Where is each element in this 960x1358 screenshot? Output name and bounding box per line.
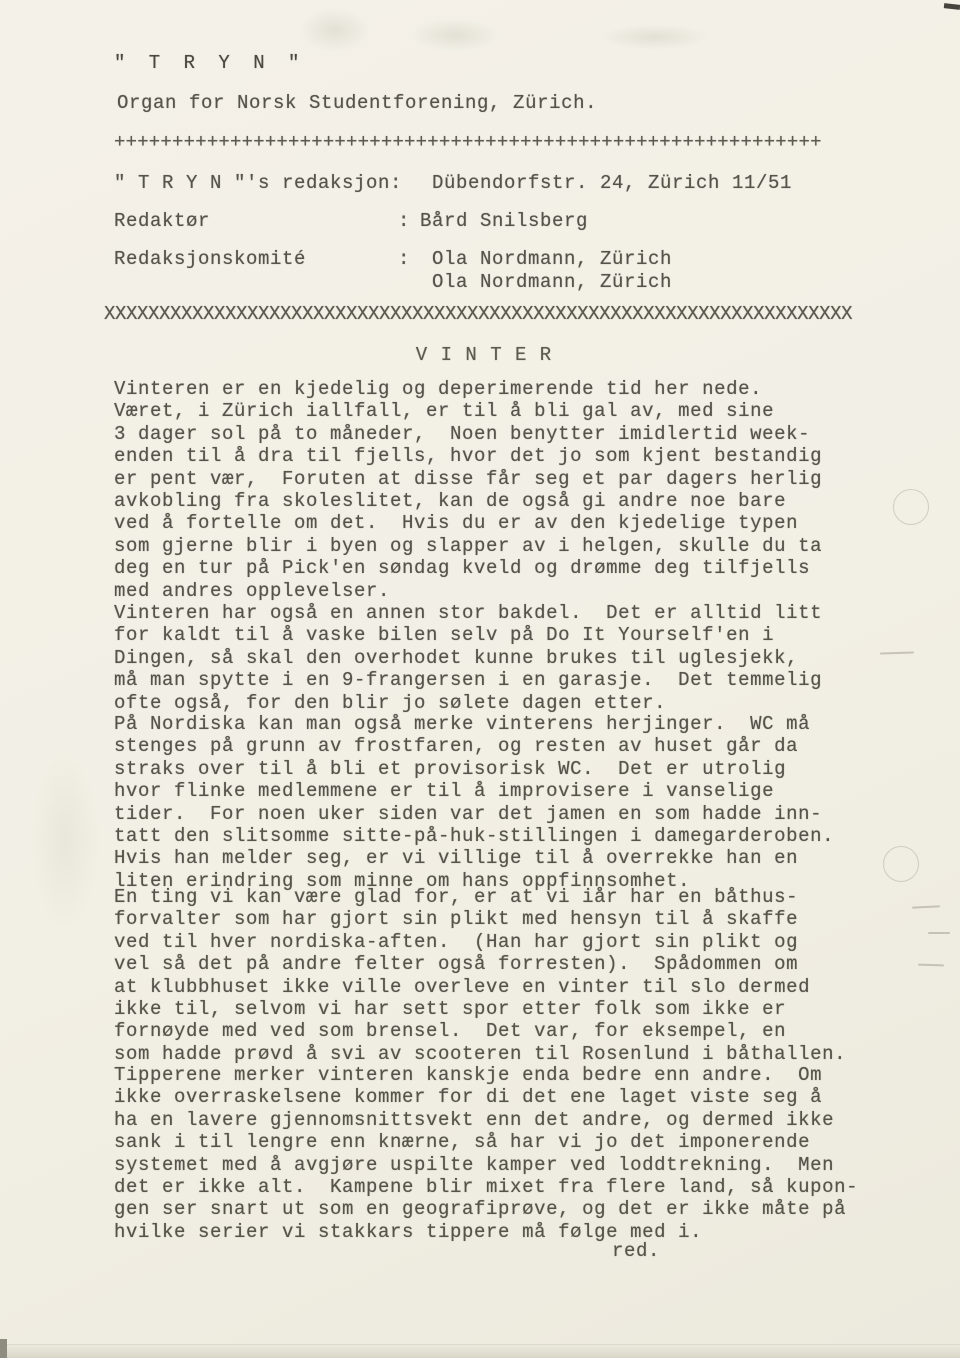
redaktor-label: Redaktør	[114, 210, 210, 232]
redaksjon-label: " T R Y N "'s redaksjon:	[114, 172, 402, 194]
newsletter-subtitle: Organ for Norsk Studentforening, Zürich.	[117, 92, 597, 114]
margin-pencil-dash	[912, 905, 940, 908]
pencil-smudge	[410, 18, 500, 52]
scan-corner-mark	[944, 3, 960, 10]
komite-member-2: Ola Nordmann, Zürich	[432, 271, 672, 293]
punch-hole-mark-top	[893, 489, 929, 525]
scanned-newsletter-page: " T R Y N " Organ for Norsk Studentforen…	[0, 0, 960, 1358]
article-paragraph-3: På Nordiska kan man også merke vinterens…	[114, 713, 860, 892]
redaksjon-row: " T R Y N "'s redaksjon: Dübendorfstr. 2…	[0, 172, 960, 196]
pencil-smudge	[300, 8, 370, 52]
margin-pencil-dash	[918, 964, 944, 967]
punch-hole-mark-bottom	[883, 846, 919, 882]
scan-bottom-left-mark	[0, 1339, 7, 1358]
komite-member-1: Ola Nordmann, Zürich	[432, 248, 672, 270]
article-paragraph-2: Vinteren har også en annen stor bakdel. …	[114, 602, 860, 714]
article-paragraph-1: Vinteren er en kjedelig og deperimerende…	[114, 378, 860, 602]
article-heading: V I N T E R	[114, 344, 854, 366]
redaksjon-address: Dübendorfstr. 24, Zürich 11/51	[432, 172, 792, 194]
margin-pencil-dash	[880, 651, 914, 654]
plus-separator: ++++++++++++++++++++++++++++++++++++++++…	[114, 131, 854, 153]
komite-colon: :	[398, 248, 410, 270]
redaktor-colon: :	[398, 210, 410, 232]
redaktor-row: Redaktør : Bård Snilsberg	[0, 210, 960, 234]
redaktor-name: Bård Snilsberg	[420, 210, 588, 232]
paper-stain	[30, 750, 100, 930]
margin-pencil-dash	[928, 932, 950, 934]
pencil-smudge	[600, 24, 710, 50]
newsletter-title: " T R Y N "	[114, 52, 305, 74]
komite-label: Redaksjonskomité	[114, 248, 306, 270]
article-paragraph-5: Tipperene merker vinteren kanskje enda b…	[114, 1064, 860, 1243]
editor-signature: red.	[612, 1240, 660, 1262]
article-paragraph-4: En ting vi kan være glad for, er at vi i…	[114, 886, 860, 1065]
komite-row: Redaksjonskomité : Ola Nordmann, Zürich …	[0, 248, 960, 296]
scan-bottom-edge	[0, 1344, 960, 1358]
x-separator: XXXXXXXXXXXXXXXXXXXXXXXXXXXXXXXXXXXXXXXX…	[104, 303, 864, 325]
